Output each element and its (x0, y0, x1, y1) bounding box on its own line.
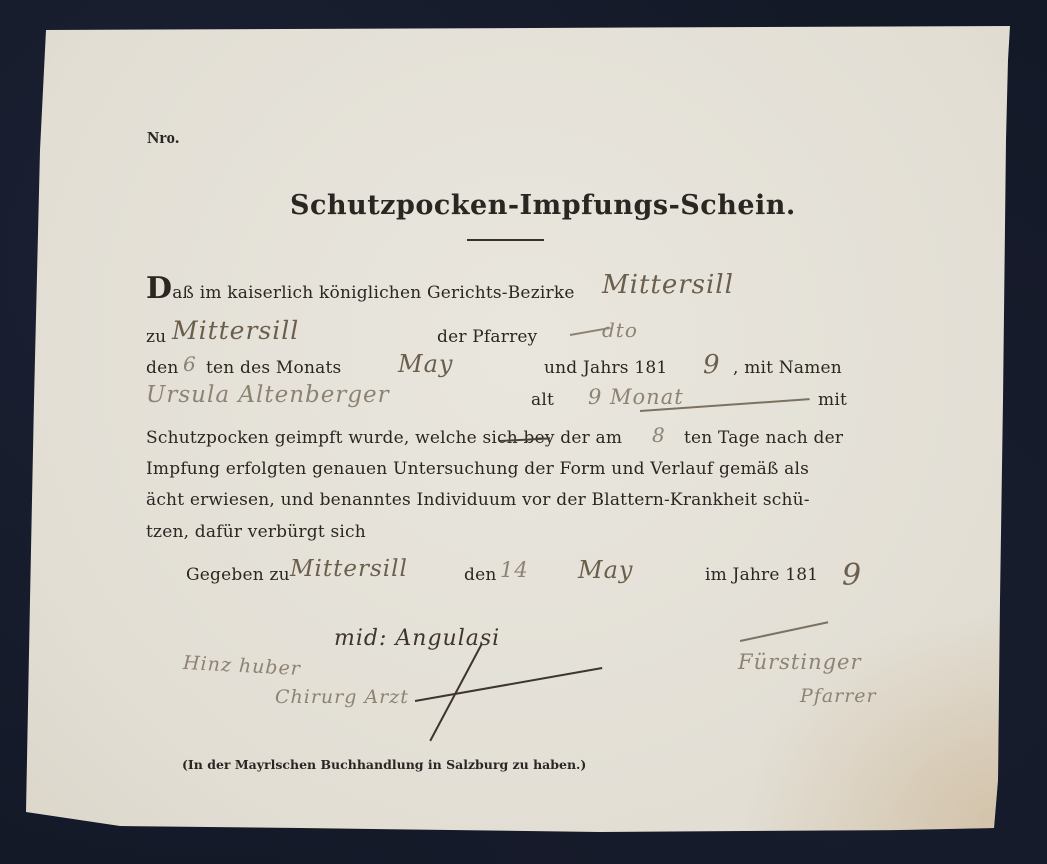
handwritten-given-year-digit: 9 (842, 558, 862, 593)
document-title: Schutzpocken-Impfungs-Schein. (290, 190, 796, 221)
handwritten-given-day: 14 (500, 558, 529, 582)
handwritten-given-place: Mittersill (290, 556, 408, 582)
line3-den: den (146, 358, 179, 378)
line5-tage: ten Tage nach der (684, 428, 843, 448)
body-line-1: Daß im kaiserlich königlichen Gerichts-B… (146, 274, 575, 304)
line4-alt: alt (531, 390, 554, 410)
given-label: Gegeben zu (186, 565, 290, 585)
handwritten-vacc-year-digit: 9 (703, 350, 721, 380)
signature-right-1: Fürstinger (738, 650, 862, 674)
line3-jahrs: und Jahrs 181 (544, 358, 667, 378)
signature-left-top: mid: Angulasi (334, 626, 500, 651)
handwritten-district: Mittersill (602, 270, 734, 300)
line3-monats: ten des Monats (206, 358, 341, 378)
line3-namen: , mit Namen (733, 358, 842, 378)
title-underline (467, 239, 544, 241)
publisher-footer: (In der Mayrlschen Buchhandlung in Salzb… (182, 757, 586, 772)
drop-cap: D (146, 271, 172, 306)
handwritten-parish: dto (602, 318, 638, 342)
line4-mit: mit (818, 390, 847, 410)
handwritten-vacc-day: 6 (183, 352, 197, 376)
handwritten-given-month: May (578, 556, 633, 584)
number-label: Nro. (147, 128, 179, 148)
handwritten-patient-name: Ursula Altenberger (146, 382, 390, 408)
signature-right-2: Pfarrer (800, 685, 877, 707)
body-line-6: Impfung erfolgten genauen Untersuchung d… (146, 459, 809, 479)
given-den: den (464, 565, 497, 585)
handwritten-age: 9 Monat (588, 385, 684, 409)
line2-pfarrey: der Pfarrey (437, 327, 537, 347)
handwritten-place: Mittersill (172, 316, 299, 345)
line2-zu: zu (146, 327, 166, 347)
handwritten-vacc-month: May (398, 350, 453, 378)
signature-left-faint-2: Chirurg Arzt (275, 686, 409, 708)
line1-printed: aß im kaiserlich königlichen Gerichts-Be… (172, 283, 574, 303)
body-line-7: ächt erwiesen, und benanntes Individuum … (146, 490, 810, 510)
handwritten-check-day: 8 (652, 423, 666, 447)
body-line-8: tzen, dafür verbürgt sich (146, 522, 366, 542)
given-jahre: im Jahre 181 (705, 565, 818, 585)
line5-printed: Schutzpocken geimpft wurde, welche sich … (146, 428, 622, 448)
